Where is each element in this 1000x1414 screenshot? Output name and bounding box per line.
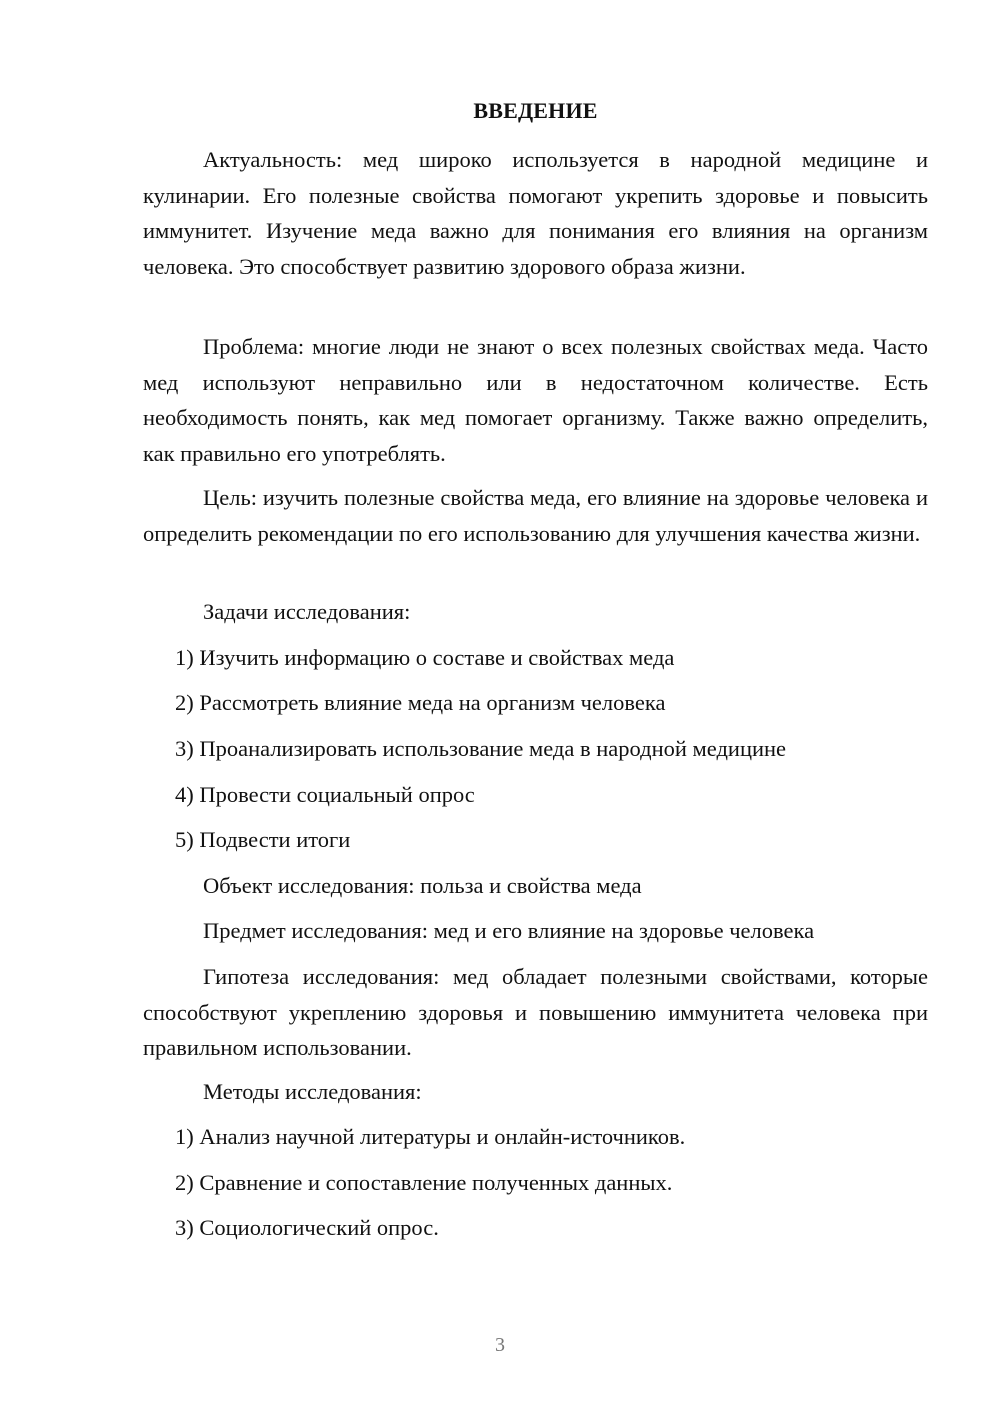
hypothesis-paragraph: Гипотеза исследования: мед обладает поле… [143,959,928,1066]
task-item: 5) Подвести итоги [175,825,350,855]
goal-paragraph: Цель: изучить полезные свойства меда, ег… [143,480,928,551]
page-number: 3 [0,1334,1000,1357]
task-item: 4) Провести социальный опрос [175,780,475,810]
methods-label: Методы исследования: [203,1077,422,1107]
tasks-label: Задачи исследования: [203,597,410,627]
method-item: 3) Социологический опрос. [175,1213,439,1243]
page-title: ВВЕДЕНИЕ [143,97,928,125]
relevance-paragraph: Актуальность: мед широко используется в … [143,142,928,284]
task-item: 1) Изучить информацию о составе и свойст… [175,643,674,673]
problem-paragraph: Проблема: многие люди не знают о всех по… [143,329,928,471]
method-item: 1) Анализ научной литературы и онлайн-ис… [175,1122,685,1152]
method-item: 2) Сравнение и сопоставление полученных … [175,1168,672,1198]
subject-line: Предмет исследования: мед и его влияние … [203,916,814,946]
task-item: 2) Рассмотреть влияние меда на организм … [175,688,665,718]
task-item: 3) Проанализировать использование меда в… [175,734,786,764]
object-line: Объект исследования: польза и свойства м… [203,871,642,901]
